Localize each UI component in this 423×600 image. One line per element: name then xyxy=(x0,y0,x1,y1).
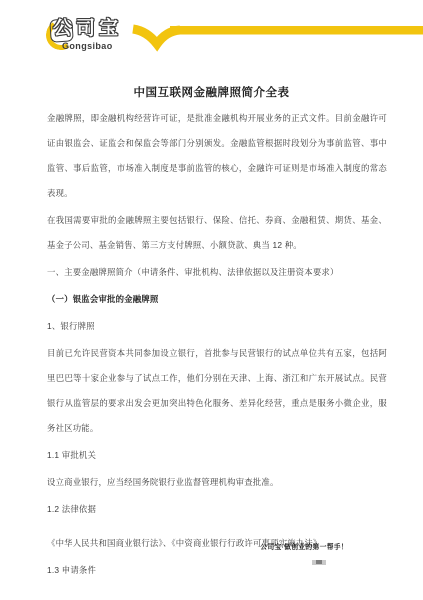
paragraph-license-types: 在我国需要审批的金融牌照主要包括银行、保险、信托、券商、金融租赁、期货、基金、基… xyxy=(47,208,387,258)
heading-apply-conditions: 1.3 申请条件 xyxy=(47,558,387,583)
ribbon-decoration-icon xyxy=(0,0,423,60)
heading-approval-organ: 1.1 审批机关 xyxy=(47,443,387,468)
page-number-mark xyxy=(312,560,326,565)
paragraph-approval-organ: 设立商业银行，应当经国务院银行业监督管理机构审查批准。 xyxy=(47,470,387,495)
section-heading-1: 一、主要金融牌照简介（申请条件、审批机构、法律依据以及注册资本要求） xyxy=(47,260,387,285)
section-heading-1-1: （一）银监会审批的金融牌照 xyxy=(47,287,387,312)
page-title: 中国互联网金融牌照简介全表 xyxy=(0,84,423,100)
document-page: 公司宝 Gongsibao 中国互联网金融牌照简介全表 金融牌照，即金融机构经营… xyxy=(0,0,423,600)
heading-legal-basis: 1.2 法律依据 xyxy=(47,497,387,522)
paragraph-intro: 金融牌照，即金融机构经营许可证，是批准金融机构开展业务的正式文件。目前金融许可证… xyxy=(47,106,387,206)
paragraph-private-banks: 目前已允许民营资本共同参加设立银行，首批参与民营银行的试点单位共有五家，包括阿里… xyxy=(47,341,387,441)
footer-slogan: 公司宝·做创业的第一帮手！ xyxy=(260,541,348,551)
heading-bank-license: 1、银行牌照 xyxy=(47,314,387,339)
document-body: 金融牌照，即金融机构经营许可证，是批准金融机构开展业务的正式文件。目前金融许可证… xyxy=(47,106,387,585)
